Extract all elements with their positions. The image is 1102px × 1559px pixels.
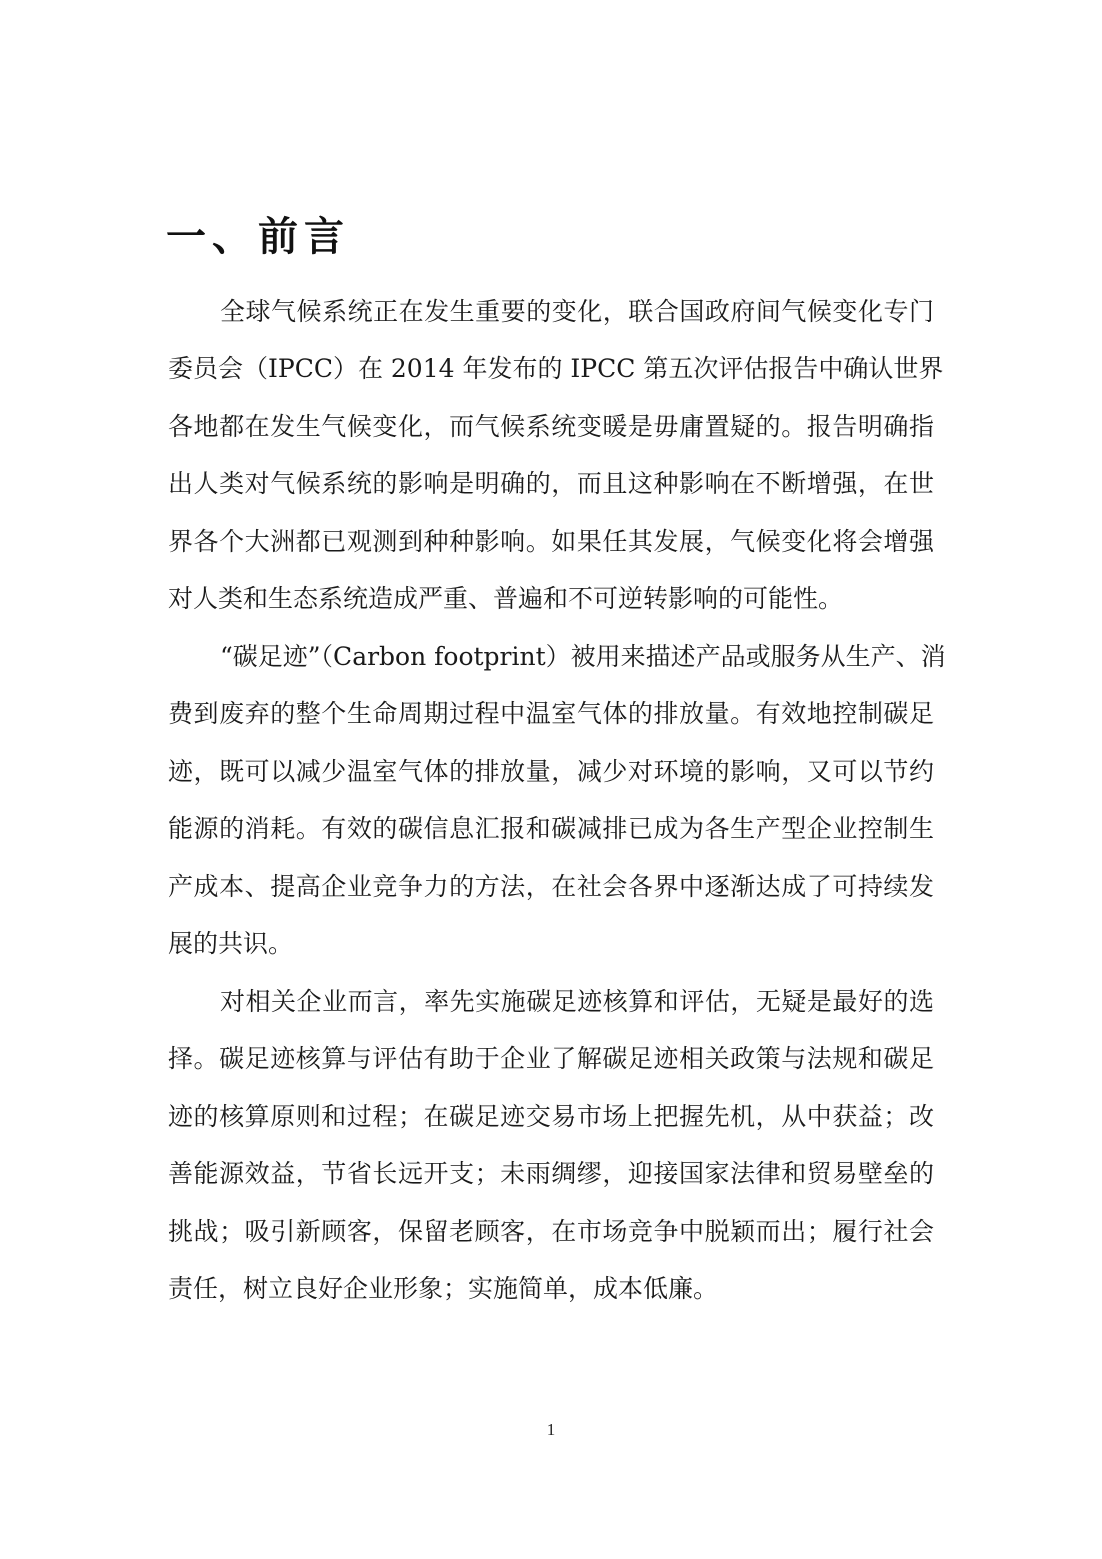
paragraph-line: 责任，树立良好企业形象；实施简单，成本低廉。	[168, 1269, 718, 1309]
paragraph-line: 能源的消耗。有效的碳信息汇报和碳减排已成为各生产型企业控制生	[168, 809, 934, 849]
section-title: 一、前言	[166, 211, 350, 263]
paragraph-line: 界各个大洲都已观测到种种影响。如果任其发展，气候变化将会增强	[168, 522, 934, 562]
paragraph-line: 善能源效益，节省长远开支；未雨绸缪，迎接国家法律和贸易壁垒的	[168, 1154, 934, 1194]
paragraph-line: 费到废弃的整个生命周期过程中温室气体的排放量。有效地控制碳足	[168, 694, 934, 734]
paragraph-line: 择。碳足迹核算与评估有助于企业了解碳足迹相关政策与法规和碳足	[168, 1039, 934, 1079]
paragraph-line: 对相关企业而言，率先实施碳足迹核算和评估，无疑是最好的选	[220, 982, 934, 1022]
paragraph-line: 各地都在发生气候变化，而气候系统变暖是毋庸置疑的。报告明确指	[168, 407, 934, 447]
paragraph-line: 挑战；吸引新顾客，保留老顾客，在市场竞争中脱颖而出；履行社会	[168, 1212, 934, 1252]
paragraph-line: 出人类对气候系统的影响是明确的，而且这种影响在不断增强，在世	[168, 464, 934, 504]
page-number: 1	[0, 1418, 1102, 1442]
paragraph-line: 迹，既可以减少温室气体的排放量，减少对环境的影响，又可以节约	[168, 752, 934, 792]
paragraph-line: 委员会（IPCC）在 2014 年发布的 IPCC 第五次评估报告中确认世界	[168, 349, 934, 389]
paragraph-line: “碳足迹”（Carbon footprint）被用来描述产品或服务从生产、消	[220, 637, 934, 677]
paragraph-line: 全球气候系统正在发生重要的变化，联合国政府间气候变化专门	[220, 292, 934, 332]
paragraph-line: 展的共识。	[168, 924, 293, 964]
document-page: 一、前言 全球气候系统正在发生重要的变化，联合国政府间气候变化专门 委员会（IP…	[0, 0, 1102, 1559]
paragraph-line: 产成本、提高企业竞争力的方法，在社会各界中逐渐达成了可持续发	[168, 867, 934, 907]
paragraph-line: 迹的核算原则和过程；在碳足迹交易市场上把握先机，从中获益；改	[168, 1097, 934, 1137]
paragraph-line: 对人类和生态系统造成严重、普遍和不可逆转影响的可能性。	[168, 579, 843, 619]
